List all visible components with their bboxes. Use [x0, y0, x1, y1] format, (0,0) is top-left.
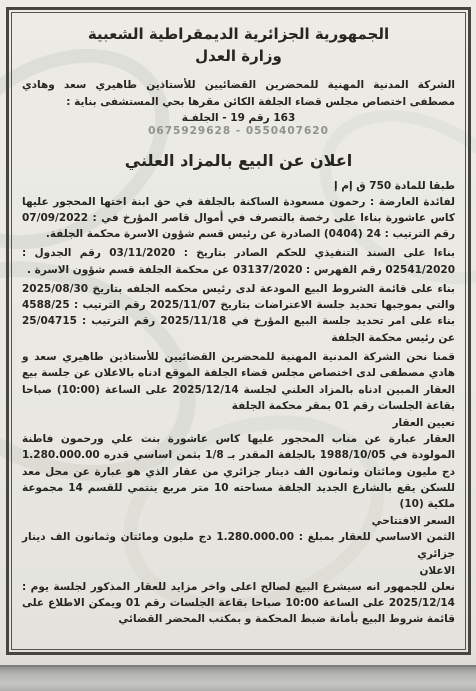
- bailiff-office-description: الشركة المدنية المهنية للمحضرين القضائيي…: [22, 77, 455, 111]
- opening-price-paragraph: الثمن الاساسي للعقار بمبلغ : 1.280.000.0…: [22, 529, 455, 562]
- property-description-paragraph: العقار عبارة عن مناب المحجور عليها كاس ع…: [22, 431, 455, 512]
- scan-bottom-strip: [0, 665, 476, 691]
- beneficiary-paragraph: لفائدة العارضة : رحمون مسعودة الساكنة با…: [22, 194, 455, 243]
- document-frame: الجمهورية الجزائرية الديمقراطية الشعبية …: [6, 7, 471, 655]
- session-notice-paragraph: قمنا نحن الشركة المدنية المهنية للمحضرين…: [22, 349, 455, 414]
- office-phone-numbers: 0550407620 - 0675929628: [22, 125, 455, 137]
- announcement-heading: الاعلان: [22, 565, 455, 577]
- republic-header: الجمهورية الجزائرية الديمقراطية الشعبية: [22, 25, 455, 43]
- executive-deed-paragraph: بناءا على السند التنفيذي للحكم الصادر بت…: [22, 245, 455, 278]
- opening-price-heading: السعر الافتتاحي: [22, 515, 455, 527]
- legal-article-reference: طبقا للمادة 750 ق إم إ: [22, 180, 455, 192]
- ministry-header: وزارة العدل: [22, 47, 455, 65]
- property-section-heading: تعيين العقار: [22, 417, 455, 429]
- conditions-list-paragraph: بناء على قائمة الشروط البيع المودعة لدى …: [22, 281, 455, 346]
- office-address: 163 رقم 19 - الجلفـة: [22, 112, 455, 124]
- document-page: الجمهورية الجزائرية الديمقراطية الشعبية …: [0, 0, 476, 691]
- document-content: الجمهورية الجزائرية الديمقراطية الشعبية …: [11, 12, 466, 650]
- announcement-paragraph: نعلن للجمهور انه سيشرع البيع لصالح اعلى …: [22, 579, 455, 628]
- auction-notice-title: اعلان عن البيع بالمزاد العلني: [22, 151, 455, 170]
